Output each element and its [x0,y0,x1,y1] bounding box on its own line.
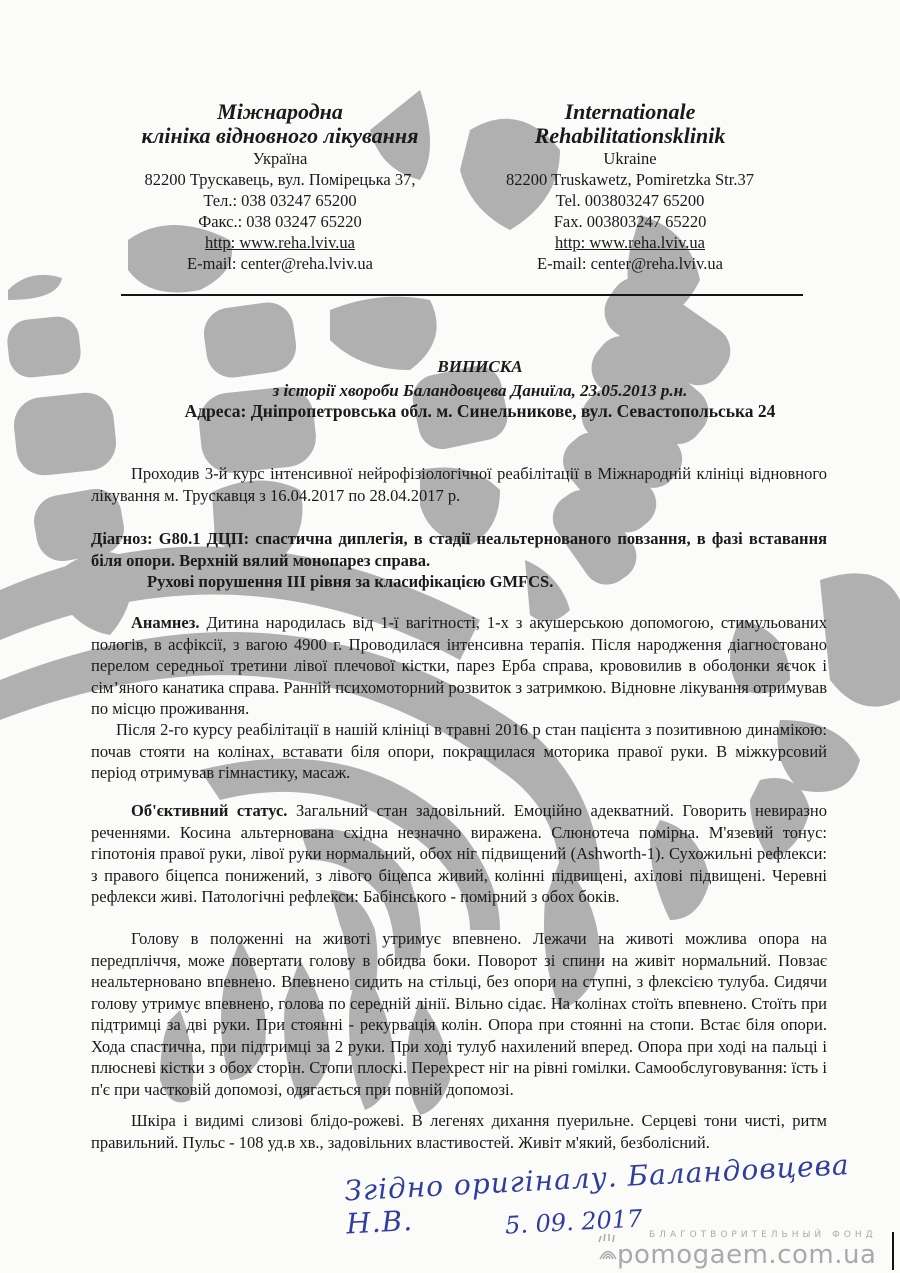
clinic-header-ukrainian: Міжнародна клініка відновного лікування … [110,100,450,274]
clinic-phone-de: Tel. 003803247 65200 [460,190,800,211]
after-course-paragraph: Після 2-го курсу реабілітації в нашій кл… [91,719,827,784]
clinic-email[interactable]: E-mail: center@reha.lviv.ua [110,253,450,274]
anamnesis-label: Анамнез. [131,613,200,632]
status-label: Об'єктивний статус. [131,801,287,820]
patient-address: Адреса: Дніпропетровська обл. м. Синельн… [100,401,860,422]
clinic-address-de: 82200 Truskawetz, Pomiretzka Str.37 [460,169,800,190]
clinic-fax: Факс.: 038 03247 65220 [110,211,450,232]
document-title: ВИПИСКА [100,357,860,377]
clinic-website-link-de[interactable]: http: www.reha.lviv.ua [460,232,800,253]
clinic-header-german: Internationale Rehabilitationsklinik Ukr… [460,100,800,274]
diagnosis-label: Діагноз: [91,529,153,548]
scan-edge-mark [892,1232,894,1270]
diagnosis-paragraph: Діагноз: G80.1 ДЦП: спастична диплегія, … [91,528,827,571]
physical-exam-paragraph: Шкіра і видимі слизові блідо-рожеві. В л… [91,1110,827,1153]
diagnosis-text: G80.1 ДЦП: спастична диплегія, в стадії … [91,529,827,570]
motor-skills-paragraph: Голову в положенні на животі утримує впе… [91,928,827,1100]
clinic-name-line1: Міжнародна [110,100,450,124]
clinic-country: Україна [110,148,450,169]
fingerprint-icon [597,1232,619,1262]
clinic-name-line1-de: Internationale [460,100,800,124]
handwritten-date: 5. 09. 2017 [504,1204,643,1239]
document-subtitle: з історії хвороби Баландовцева Даниїла, … [100,381,860,401]
clinic-fax-de: Fax. 003803247 65220 [460,211,800,232]
anamnesis-text: Дитина народилась від 1-ї вагітності, 1-… [91,613,827,718]
objective-status-paragraph: Об'єктивний статус. Загальний стан задов… [91,800,827,908]
clinic-name-line2: клініка відновного лікування [110,124,450,148]
anamnesis-paragraph: Анамнез. Дитина народилась від 1-ї вагіт… [91,612,827,720]
clinic-website-link[interactable]: http: www.reha.lviv.ua [110,232,450,253]
clinic-name-line2-de: Rehabilitationsklinik [460,124,800,148]
clinic-email-de[interactable]: E-mail: center@reha.lviv.ua [460,253,800,274]
course-paragraph: Проходив 3-й курс інтенсивної нейрофізіо… [91,463,827,506]
document-page: Міжнародна клініка відновного лікування … [0,0,900,1273]
clinic-phone: Тел.: 038 03247 65200 [110,190,450,211]
header-divider [121,294,803,296]
brand-tagline: БЛАГОТВОРИТЕЛЬНЫЙ ФОНД [649,1230,877,1240]
diagnosis-gmfcs: Рухові порушення ІІІ рівня за класифікац… [147,571,827,593]
clinic-country-de: Ukraine [460,148,800,169]
clinic-address: 82200 Трускавець, вул. Помірецька 37, [110,169,450,190]
brand-name: pomogaem.com.ua [617,1240,876,1270]
